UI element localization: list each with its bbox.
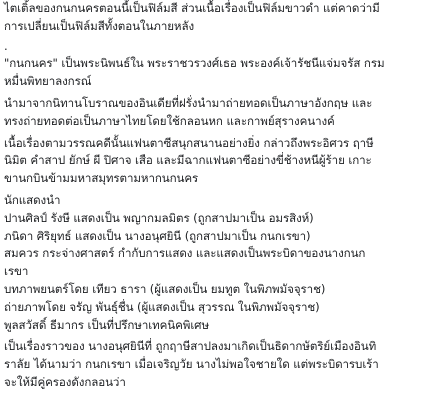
paragraph-separator-dot: .: [4, 38, 435, 56]
text-line: นิมิต คำสาป ยักษ์ ผี ปิศาจ เสือ และมีฉาก…: [4, 152, 435, 170]
cast-line: บทภาพยนตร์โดย เทียว ธารา (ผู้แสดงเป็น ยม…: [4, 281, 435, 299]
text-line: การเปลี่ยนเป็นฟิล์มสีทั้งตอนในภายหลัง: [4, 18, 435, 36]
cast-line: ถ่ายภาพโดย จรัญ พันธุ์ชื่น (ผู้แสดงเป็น …: [4, 299, 435, 317]
paragraph-author: "กนกนคร" เป็นพระนิพนธ์ใน พระราชวรวงศ์เธอ…: [4, 55, 435, 91]
cast-line: สมควร กระจ่างศาสตร์ กำกับการแสดง และแสดง…: [4, 245, 435, 263]
paragraph-story: เนื้อเรื่องตามวรรณคดีนั้นแฟนตาซีสนุกสนาน…: [4, 135, 435, 188]
text-line: ทรงถ่ายทอดต่อเป็นภาษาไทยโดยใช้กลอนหก และ…: [4, 113, 435, 131]
text-line: นำมาจากนิทานโบราณของอินเดียที่ฝรั่งนำมาถ…: [4, 95, 435, 113]
text-line: จะให้มีคู่ครองดังกลอนว่า: [4, 374, 435, 392]
text-line: ราลัย ได้นามว่า กนกเรขา เมื่อเจริญวัย นา…: [4, 356, 435, 374]
paragraph-plot: เป็นเรื่องราวของ นางอนุศยินีที่ ถูกฤาษีส…: [4, 338, 435, 391]
text-line: ไตเติ้ลของกนกนครตอนนี้เป็นฟิล์มสี ส่วนเน…: [4, 0, 435, 18]
paragraph-intro: ไตเติ้ลของกนกนครตอนนี้เป็นฟิล์มสี ส่วนเน…: [4, 0, 435, 36]
cast-heading: นักแสดงนำ: [4, 192, 435, 210]
post-body: ไตเติ้ลของกนกนครตอนนี้เป็นฟิล์มสี ส่วนเน…: [0, 0, 435, 392]
text-line: เป็นเรื่องราวของ นางอนุศยินีที่ ถูกฤาษีส…: [4, 338, 435, 356]
text-line: .: [4, 38, 435, 56]
paragraph-cast: นักแสดงนำ ปานศิลป์ รังษี แสดงเป็น พญากมล…: [4, 192, 435, 334]
paragraph-origin: นำมาจากนิทานโบราณของอินเดียที่ฝรั่งนำมาถ…: [4, 95, 435, 131]
cast-line: เรขา: [4, 263, 435, 281]
text-line: เนื้อเรื่องตามวรรณคดีนั้นแฟนตาซีสนุกสนาน…: [4, 135, 435, 153]
text-line: ขานกบินข้ามมหาสมุทรตามหากนกนคร: [4, 170, 435, 188]
text-line: "กนกนคร" เป็นพระนิพนธ์ใน พระราชวรวงศ์เธอ…: [4, 55, 435, 73]
cast-line: ปานศิลป์ รังษี แสดงเป็น พญากมลมิตร (ถูกส…: [4, 210, 435, 228]
text-line: หมื่นพิทยาลงกรณ์: [4, 73, 435, 91]
cast-line: ภนิดา ศิริยุทธ์ แสดงเป็น นางอนุศยินี (ถู…: [4, 228, 435, 246]
cast-line: พูลสวัสดิ์ ธีมากร เป็นที่ปรึกษาเทคนิคพิเ…: [4, 317, 435, 335]
